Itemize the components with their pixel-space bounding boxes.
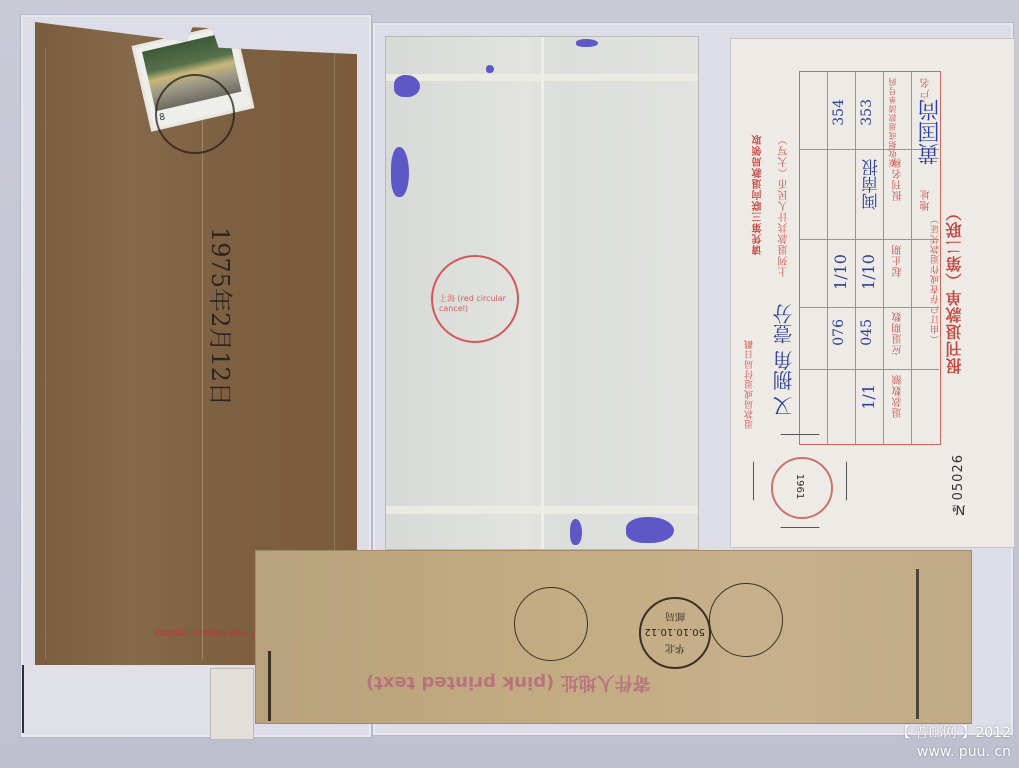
watermark: 【 普邮网 】2012 www. puu. cn bbox=[896, 724, 1011, 762]
issues-2: 076 bbox=[831, 319, 847, 346]
amount: 1/1 bbox=[859, 384, 878, 410]
label-period: 起止期 bbox=[891, 244, 906, 277]
backstamp-postmark: 上海 (red circular cancel) bbox=[431, 255, 519, 343]
ink-seal-remnant bbox=[391, 147, 409, 197]
postmark: 华北 50.10.10.12 邮局 bbox=[639, 597, 711, 669]
total-note: 上列退款共计人民币（大写） bbox=[777, 134, 792, 277]
period-2: 1/10 bbox=[831, 254, 850, 290]
stamp-circle bbox=[514, 587, 588, 661]
publication-name: 闽南报 bbox=[859, 159, 884, 210]
label-refund-periods: 应退期数 bbox=[891, 311, 906, 355]
serial-number: №05026 bbox=[951, 454, 966, 516]
ink-seal-remnant bbox=[626, 517, 674, 543]
album-corner-tab bbox=[210, 668, 254, 740]
stamp-circle bbox=[709, 583, 783, 657]
remittance-form: 报刊退款单（第二联） （由订户存查或作退款凭证） 户名 地址 原收据或退款清单号… bbox=[730, 38, 1015, 548]
sign-caption: 退款局或退付局日戳 bbox=[743, 339, 756, 429]
vertical-rule bbox=[268, 651, 271, 721]
date-cancel: 1961 bbox=[771, 457, 833, 519]
label-receipt-no: 原收据或退款清单号码 bbox=[887, 77, 898, 167]
long-cover: 华北 50.10.10.12 邮局 寄件人地址 (pink printed te… bbox=[255, 550, 972, 724]
claim-note: 请凭第三联向退款局领取 bbox=[751, 134, 766, 255]
postmark bbox=[155, 74, 235, 154]
label-publication: 报刊名称 bbox=[891, 157, 906, 201]
period-1: 1/10 bbox=[859, 254, 878, 290]
vertical-rule bbox=[916, 569, 919, 719]
label-amount: 退款数额 bbox=[891, 374, 906, 418]
receipt-no-2: 354 bbox=[831, 99, 847, 126]
subscriber-name: 黄国尚 bbox=[915, 99, 946, 165]
ink-seal-remnant bbox=[570, 519, 582, 545]
ink-seal-remnant bbox=[576, 39, 598, 47]
label-subscriber: 户名 bbox=[919, 77, 934, 99]
album-label-slip bbox=[22, 665, 214, 733]
watermark-line-1: 【 普邮网 】2012 bbox=[896, 724, 1011, 743]
postmark-text: 华北 50.10.10.12 邮局 bbox=[645, 607, 705, 655]
total-written: 又 捌角 壹分 bbox=[769, 304, 798, 417]
label-address: 地址 bbox=[919, 189, 934, 211]
ink-seal-remnant bbox=[394, 75, 420, 97]
issues-1: 045 bbox=[859, 319, 875, 346]
watermark-line-2: www. puu. cn bbox=[896, 743, 1011, 762]
form-title: 报刊退款单（第二联） bbox=[943, 204, 966, 374]
ink-seal-remnant bbox=[486, 65, 494, 73]
printed-sender-text: 寄件人地址 (pink printed text) bbox=[366, 671, 651, 697]
handwritten-date: 1975年2月12日 bbox=[205, 227, 240, 406]
white-cover: 上海 (red circular cancel) bbox=[385, 36, 699, 550]
receipt-no-1: 353 bbox=[859, 99, 875, 126]
